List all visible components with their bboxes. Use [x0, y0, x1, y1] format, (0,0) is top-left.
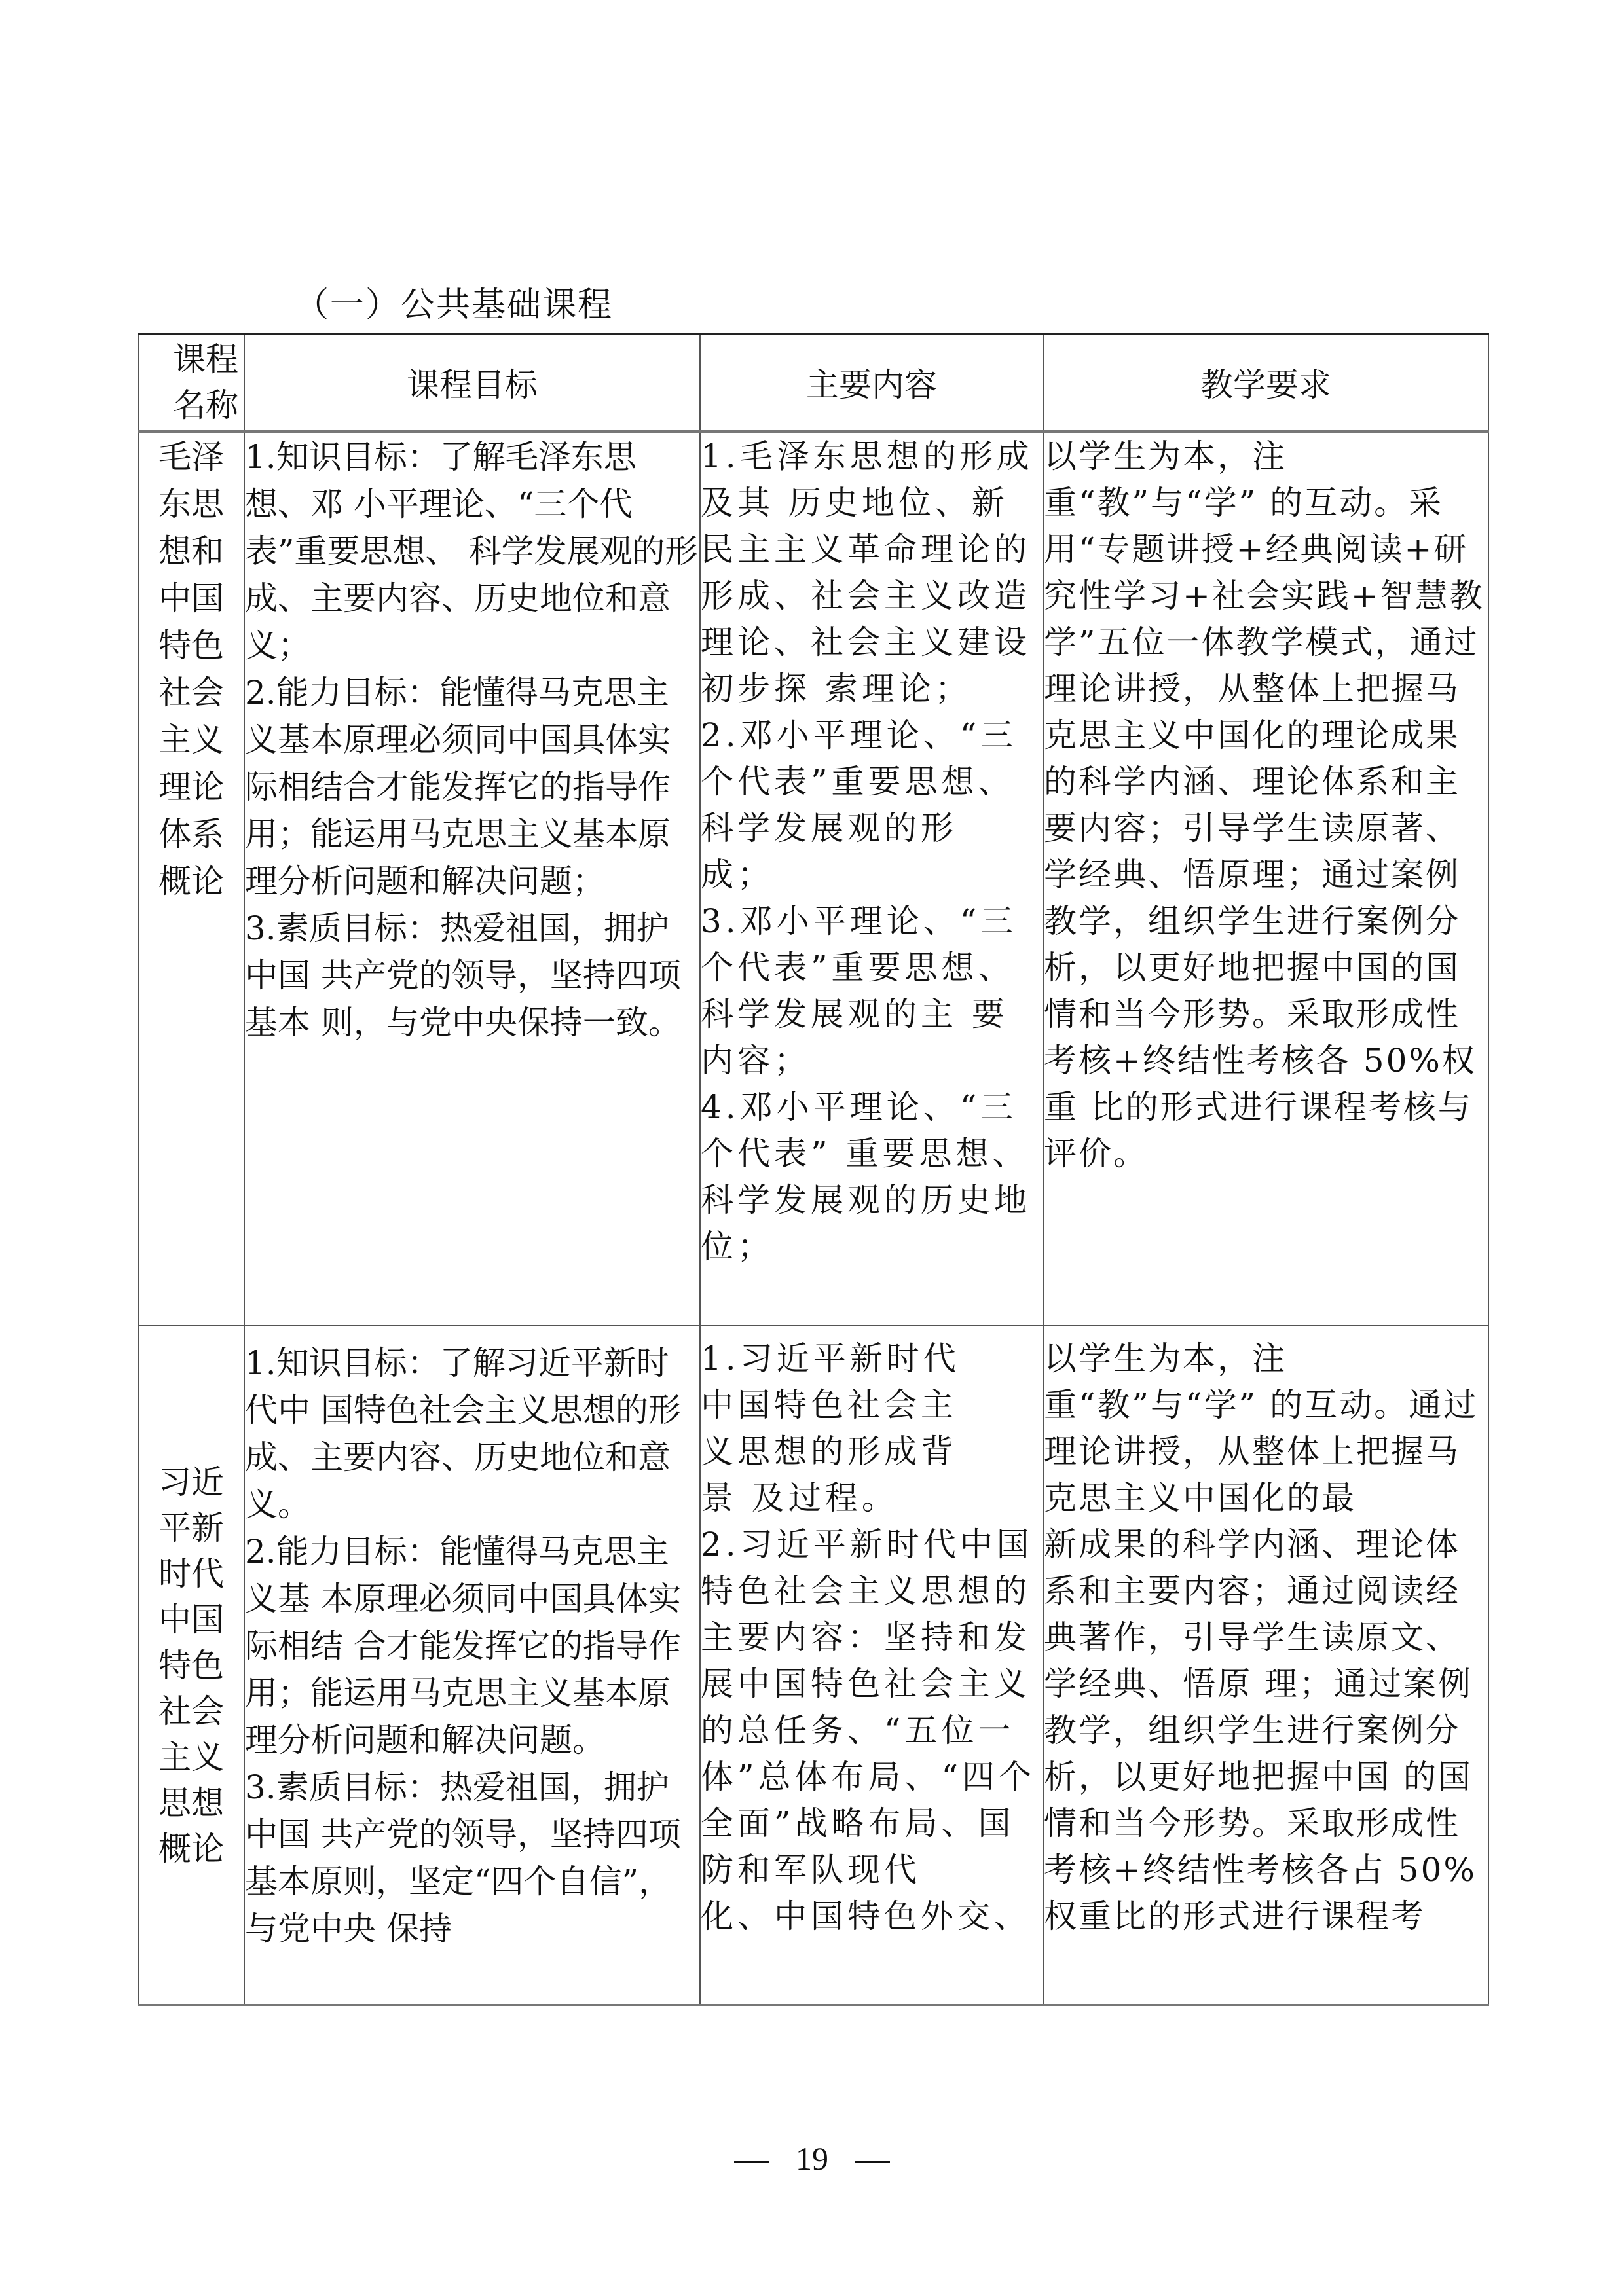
header-course-name: 课程 名称 — [138, 334, 244, 432]
main-content-cell: 1.毛泽东思想的形成及其 历史地位、新民主主义革命理论的形成、社会主义改造理论、… — [700, 432, 1043, 1326]
course-goals-cell: 1.知识目标：了解毛泽东思想、邓 小平理论、“三个代表”重要思想、 科学发展观的… — [244, 432, 700, 1326]
table-row: 毛泽 东思 想和 中国 特色 社会 主义 理论 体系 概论 1.知识目标：了解毛… — [138, 432, 1488, 1326]
course-goals-cell: 1.知识目标：了解习近平新时代中 国特色社会主义思想的形成、主要内容、历史地位和… — [244, 1326, 700, 2005]
course-name-cell: 毛泽 东思 想和 中国 特色 社会 主义 理论 体系 概论 — [138, 432, 244, 1326]
page-number: 19 — [796, 2140, 828, 2177]
header-main-content: 主要内容 — [700, 334, 1043, 432]
right-dash-decoration — [855, 2161, 890, 2163]
table-row: 习近 平新 时代 中国 特色 社会 主义 思想 概论 1.知识目标：了解习近平新… — [138, 1326, 1488, 2005]
left-dash-decoration — [734, 2161, 769, 2163]
teaching-requirements-cell: 以学生为本，注重“教”与“学” 的互动。采用“专题讲授+经典阅读+研究性学习+社… — [1043, 432, 1488, 1326]
teaching-requirements-cell: 以学生为本，注重“教”与“学” 的互动。通过理论讲授，从整体上把握马克思主义中国… — [1043, 1326, 1488, 2005]
table-header-row: 课程 名称 课程目标 主要内容 教学要求 — [138, 334, 1488, 432]
course-table: 课程 名称 课程目标 主要内容 教学要求 毛泽 东思 想和 中国 特色 社会 主… — [138, 333, 1489, 2006]
course-name-cell: 习近 平新 时代 中国 特色 社会 主义 思想 概论 — [138, 1326, 244, 2005]
section-title: （一）公共基础课程 — [295, 285, 613, 325]
header-teaching-requirements: 教学要求 — [1043, 334, 1488, 432]
main-content-cell: 1.习近平新时代 中国特色社会主 义思想的形成背 景 及过程。 2.习近平新时代… — [700, 1326, 1043, 2005]
header-course-goals: 课程目标 — [244, 334, 700, 432]
page-footer: 19 — [0, 2140, 1624, 2178]
